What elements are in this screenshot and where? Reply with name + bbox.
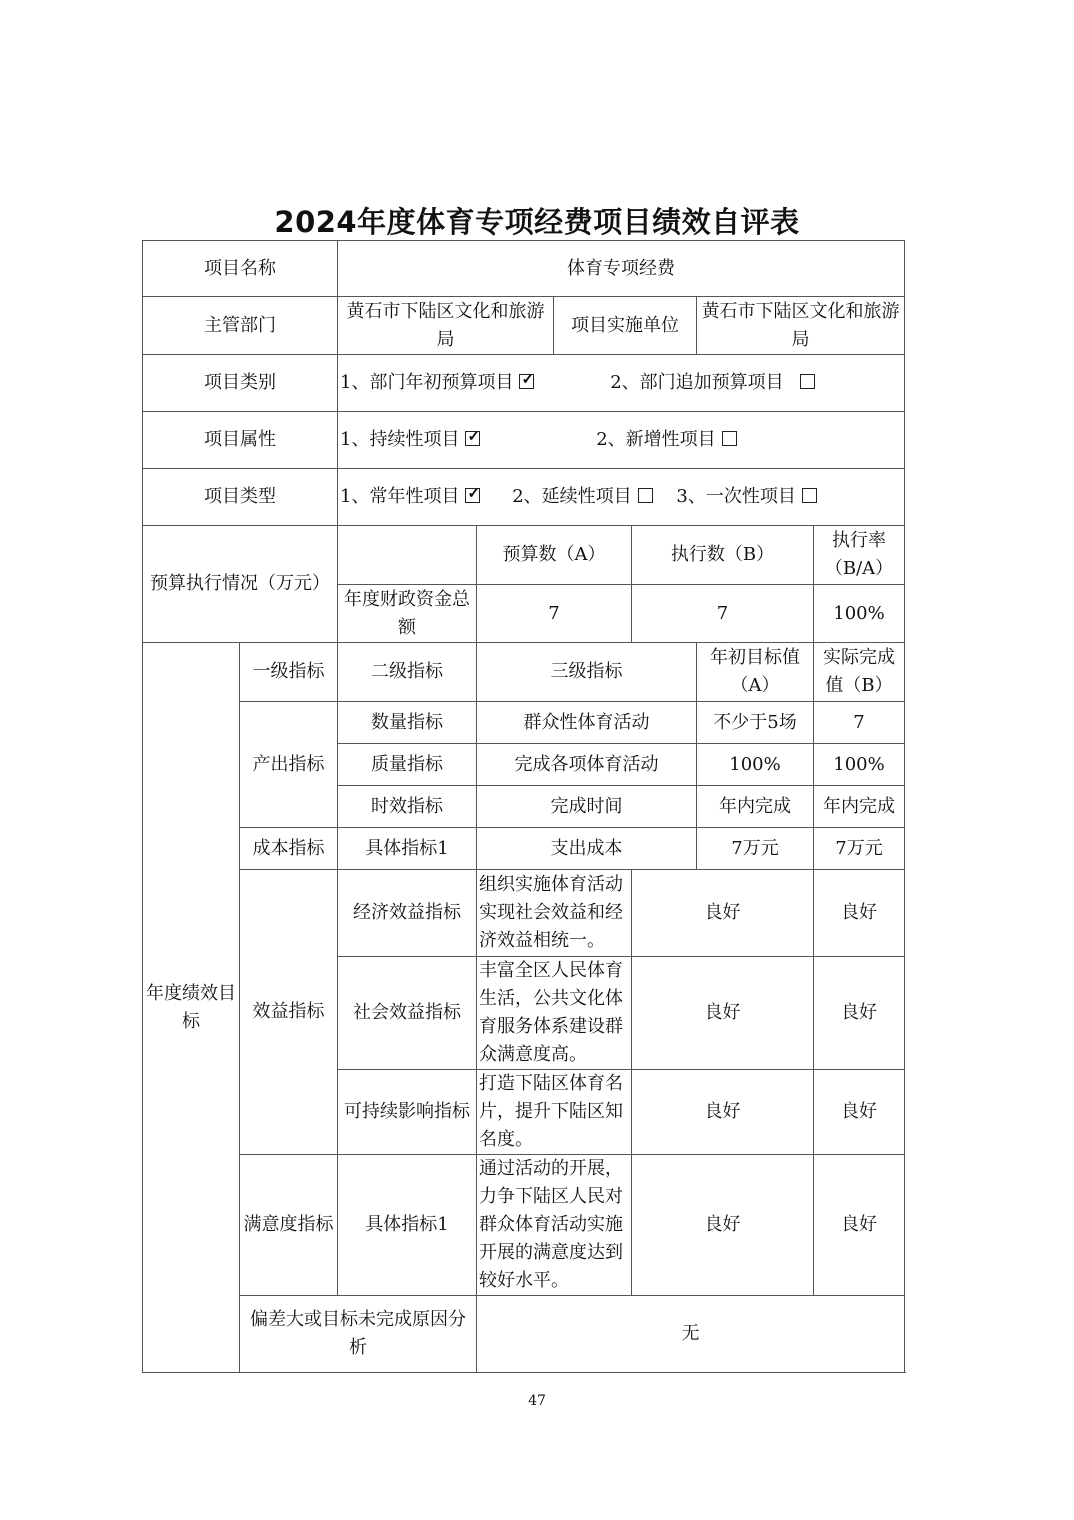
- target-cell: 良好: [632, 870, 814, 957]
- perf-header-level3: 三级指标: [477, 643, 697, 702]
- checked-box-icon[interactable]: [465, 488, 480, 503]
- level1-cell: 产出指标: [240, 702, 338, 828]
- table-row: 满意度指标 具体指标1 通过活动的开展，力争下陆区人民对群众体育活动实施开展的满…: [143, 1155, 905, 1296]
- level2-cell: 社会效益指标: [338, 957, 477, 1070]
- budget-header-rate: 执行率（B/A）: [814, 526, 905, 585]
- target-cell: 良好: [632, 1070, 814, 1155]
- deviation-value: 无: [477, 1296, 905, 1373]
- level3-cell: 通过活动的开展，力争下陆区人民对群众体育活动实施开展的满意度达到较好水平。: [477, 1155, 632, 1296]
- type-option-3: 3、一次性项目: [676, 483, 816, 511]
- deviation-label: 偏差大或目标未完成原因分析: [240, 1296, 477, 1373]
- level3-cell: 完成时间: [477, 786, 697, 828]
- project-name-label: 项目名称: [143, 241, 338, 297]
- row-type: 项目类型 1、常年性项目 2、延续性项目 3、一次性项目: [143, 469, 905, 526]
- level2-cell: 质量指标: [338, 744, 477, 786]
- category-options: 1、部门年初预算项目 2、部门追加预算项目: [338, 355, 905, 412]
- performance-table: 项目名称 体育专项经费 主管部门 黄石市下陆区文化和旅游局 项目实施单位 黄石市…: [142, 240, 905, 1373]
- actual-cell: 良好: [814, 957, 905, 1070]
- category-option-2: 2、部门追加预算项目: [610, 369, 814, 397]
- actual-cell: 良好: [814, 1155, 905, 1296]
- impl-unit-label: 项目实施单位: [554, 297, 697, 355]
- unchecked-box-icon[interactable]: [802, 488, 817, 503]
- actual-cell: 良好: [814, 1070, 905, 1155]
- actual-cell: 良好: [814, 870, 905, 957]
- attribute-option-1: 1、持续性项目: [340, 426, 480, 454]
- department-label: 主管部门: [143, 297, 338, 355]
- target-cell: 7万元: [697, 828, 814, 870]
- level3-cell: 支出成本: [477, 828, 697, 870]
- level1-cell: 效益指标: [240, 870, 338, 1155]
- budget-row-label: 年度财政资金总额: [338, 585, 477, 643]
- perf-header-actual: 实际完成值（B）: [814, 643, 905, 702]
- level1-cell: 满意度指标: [240, 1155, 338, 1296]
- page-number: 47: [0, 1393, 1074, 1409]
- table-row: 产出指标 数量指标 群众性体育活动 不少于5场 7: [143, 702, 905, 744]
- category-option-1: 1、部门年初预算项目: [340, 369, 534, 397]
- perf-header-level2: 二级指标: [338, 643, 477, 702]
- page-title: 2024年度体育专项经费项目绩效自评表: [0, 200, 1074, 241]
- impl-unit-value: 黄石市下陆区文化和旅游局: [697, 297, 905, 355]
- target-cell: 年内完成: [697, 786, 814, 828]
- unchecked-box-icon[interactable]: [800, 374, 815, 389]
- actual-cell: 年内完成: [814, 786, 905, 828]
- target-cell: 100%: [697, 744, 814, 786]
- budget-header-empty: [338, 526, 477, 585]
- table-row: 成本指标 具体指标1 支出成本 7万元 7万元: [143, 828, 905, 870]
- department-value: 黄石市下陆区文化和旅游局: [338, 297, 554, 355]
- table-row: 效益指标 经济效益指标 组织实施体育活动实现社会效益和经济效益相统一。 良好 良…: [143, 870, 905, 957]
- perf-goal-label: 年度绩效目标: [143, 643, 240, 1373]
- row-category: 项目类别 1、部门年初预算项目 2、部门追加预算项目: [143, 355, 905, 412]
- row-department: 主管部门 黄石市下陆区文化和旅游局 项目实施单位 黄石市下陆区文化和旅游局: [143, 297, 905, 355]
- attribute-label: 项目属性: [143, 412, 338, 469]
- checked-box-icon[interactable]: [465, 431, 480, 446]
- level3-cell: 打造下陆区体育名片，提升下陆区知名度。: [477, 1070, 632, 1155]
- actual-cell: 100%: [814, 744, 905, 786]
- budget-label: 预算执行情况（万元）: [143, 526, 338, 643]
- level3-cell: 完成各项体育活动: [477, 744, 697, 786]
- perf-header-level1: 一级指标: [240, 643, 338, 702]
- attribute-option-2: 2、新增性项目: [596, 426, 736, 454]
- target-cell: 良好: [632, 1155, 814, 1296]
- row-budget-header: 预算执行情况（万元） 预算数（A） 执行数（B） 执行率（B/A）: [143, 526, 905, 585]
- level2-cell: 经济效益指标: [338, 870, 477, 957]
- level3-cell: 组织实施体育活动实现社会效益和经济效益相统一。: [477, 870, 632, 957]
- level3-cell: 群众性体育活动: [477, 702, 697, 744]
- level1-cell: 成本指标: [240, 828, 338, 870]
- checked-box-icon[interactable]: [519, 374, 534, 389]
- perf-header-target: 年初目标值（A）: [697, 643, 814, 702]
- level3-cell: 丰富全区人民体育生活，公共文化体育服务体系建设群众满意度高。: [477, 957, 632, 1070]
- type-label: 项目类型: [143, 469, 338, 526]
- level2-cell: 具体指标1: [338, 828, 477, 870]
- type-option-2: 2、延续性项目: [512, 483, 652, 511]
- row-project-name: 项目名称 体育专项经费: [143, 241, 905, 297]
- row-perf-header: 年度绩效目标 一级指标 二级指标 三级指标 年初目标值（A） 实际完成值（B）: [143, 643, 905, 702]
- type-option-1: 1、常年性项目: [340, 483, 480, 511]
- budget-header-b: 执行数（B）: [632, 526, 814, 585]
- level2-cell: 数量指标: [338, 702, 477, 744]
- unchecked-box-icon[interactable]: [722, 431, 737, 446]
- row-attribute: 项目属性 1、持续性项目 2、新增性项目: [143, 412, 905, 469]
- row-deviation: 偏差大或目标未完成原因分析 无: [143, 1296, 905, 1373]
- exec-rate-value: 100%: [814, 585, 905, 643]
- category-label: 项目类别: [143, 355, 338, 412]
- type-options: 1、常年性项目 2、延续性项目 3、一次性项目: [338, 469, 905, 526]
- target-cell: 不少于5场: [697, 702, 814, 744]
- level2-cell: 可持续影响指标: [338, 1070, 477, 1155]
- unchecked-box-icon[interactable]: [638, 488, 653, 503]
- actual-cell: 7万元: [814, 828, 905, 870]
- attribute-options: 1、持续性项目 2、新增性项目: [338, 412, 905, 469]
- level2-cell: 具体指标1: [338, 1155, 477, 1296]
- exec-b-value: 7: [632, 585, 814, 643]
- level2-cell: 时效指标: [338, 786, 477, 828]
- budget-header-a: 预算数（A）: [477, 526, 632, 585]
- target-cell: 良好: [632, 957, 814, 1070]
- project-name-value: 体育专项经费: [338, 241, 905, 297]
- budget-a-value: 7: [477, 585, 632, 643]
- actual-cell: 7: [814, 702, 905, 744]
